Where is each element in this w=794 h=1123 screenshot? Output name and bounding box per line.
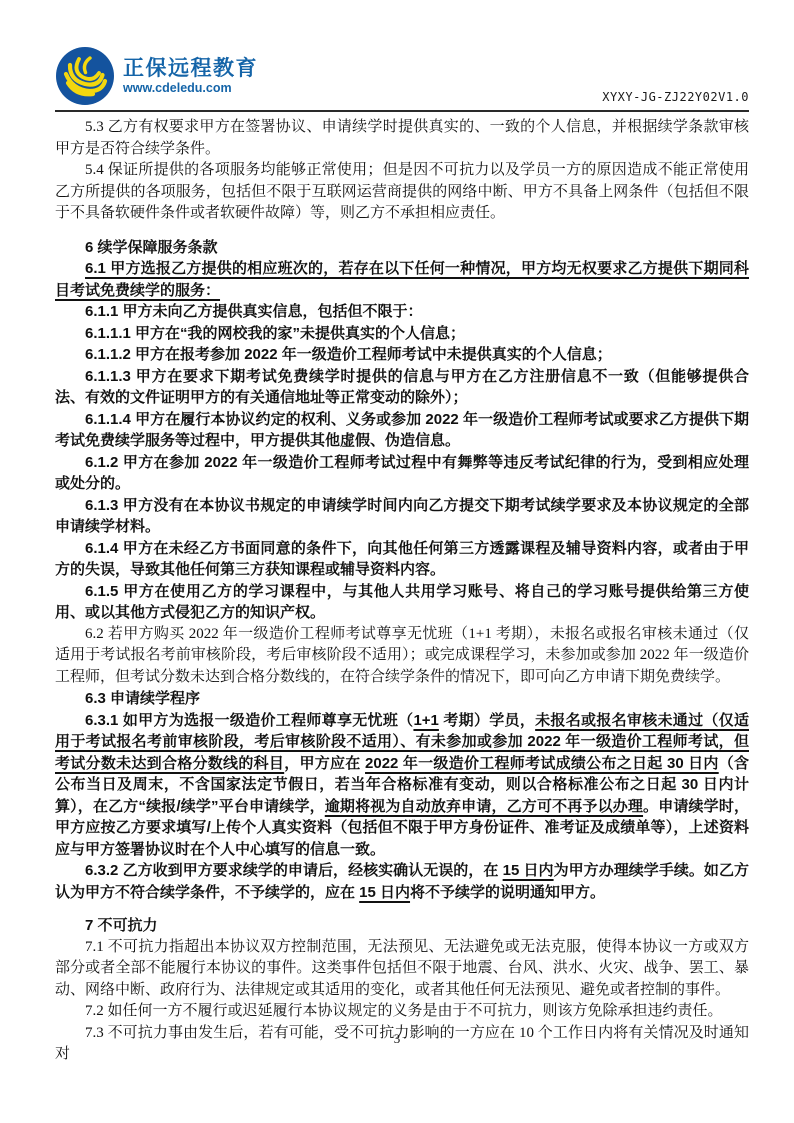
clause-6-1-1: 6.1.1 甲方未向乙方提供真实信息，包括但不限于：: [55, 301, 749, 323]
clause-6-3-heading: 6.3 申请续学程序: [55, 688, 749, 710]
clause-6-1-4: 6.1.4 甲方在未经乙方书面同意的条件下，向其他任何第三方透露课程及辅导资料内…: [55, 538, 749, 581]
clause-6-1: 6.1 甲方选报乙方提供的相应班次的，若存在以下任何一种情况，甲方均无权要求乙方…: [55, 258, 749, 301]
brand-website: www.cdeledu.com: [123, 82, 258, 96]
clause-6-3-2: 6.3.2 乙方收到甲方要求续学的申请后，经核实确认无误的，在 15 日内为甲方…: [55, 860, 749, 903]
clause-5-3: 5.3 乙方有权要求甲方在签署协议、申请续学时提供真实的、一致的个人信息，并根据…: [55, 117, 749, 160]
brand-name: 正保远程教育: [123, 57, 258, 80]
clause-6-2: 6.2 若甲方购买 2022 年一级造价工程师考试尊享无忧班（1+1 考期），未…: [55, 624, 749, 689]
brand-logo: 正保远程教育 www.cdeledu.com: [55, 46, 258, 106]
zhengbao-swirl-logo-icon: [55, 46, 115, 106]
clause-5-4: 5.4 保证所提供的各项服务均能够正常使用；但是因不可抗力以及学员一方的原因造成…: [55, 160, 749, 225]
clause-7-2: 7.2 如任何一方不履行或迟延履行本协议规定的义务是由于不可抗力，则该方免除承担…: [55, 1001, 749, 1023]
clause-7-1: 7.1 不可抗力指超出本协议双方控制范围，无法预见、无法避免或无法克服，使得本协…: [55, 937, 749, 1002]
page-header: 正保远程教育 www.cdeledu.com XYXY-JG-ZJ22Y02V1…: [55, 46, 749, 112]
clause-6-1-5: 6.1.5 甲方在使用乙方的学习课程中，与其他人共用学习账号、将自己的学习账号提…: [55, 581, 749, 624]
clause-6-1-2: 6.1.2 甲方在参加 2022 年一级造价工程师考试过程中有舞弊等违反考试纪律…: [55, 452, 749, 495]
clause-6-1-1-3: 6.1.1.3 甲方在要求下期考试免费续学时提供的信息与甲方在乙方注册信息不一致…: [55, 366, 749, 409]
clause-6-1-3: 6.1.3 甲方没有在本协议书规定的申请续学时间内向乙方提交下期考试续学要求及本…: [55, 495, 749, 538]
section-7-heading: 7 不可抗力: [55, 915, 749, 937]
document-code: XYXY-JG-ZJ22Y02V1.0: [602, 90, 749, 106]
document-body: 5.3 乙方有权要求甲方在签署协议、申请续学时提供真实的、一致的个人信息，并根据…: [55, 112, 749, 1066]
clause-6-1-1-2: 6.1.1.2 甲方在报考参加 2022 年一级造价工程师考试中未提供真实的个人…: [55, 344, 749, 366]
section-6-heading: 6 续学保障服务条款: [55, 237, 749, 259]
clause-6-3-1: 6.3.1 如甲方为选报一级造价工程师尊享无忧班（1+1 考期）学员，未报名或报…: [55, 710, 749, 861]
document-page: 正保远程教育 www.cdeledu.com XYXY-JG-ZJ22Y02V1…: [0, 0, 794, 1123]
page-number: 3: [0, 1031, 794, 1047]
clause-6-1-1-1: 6.1.1.1 甲方在“我的网校我的家”未提供真实的个人信息；: [55, 323, 749, 345]
clause-6-1-1-4: 6.1.1.4 甲方在履行本协议约定的权利、义务或参加 2022 年一级造价工程…: [55, 409, 749, 452]
